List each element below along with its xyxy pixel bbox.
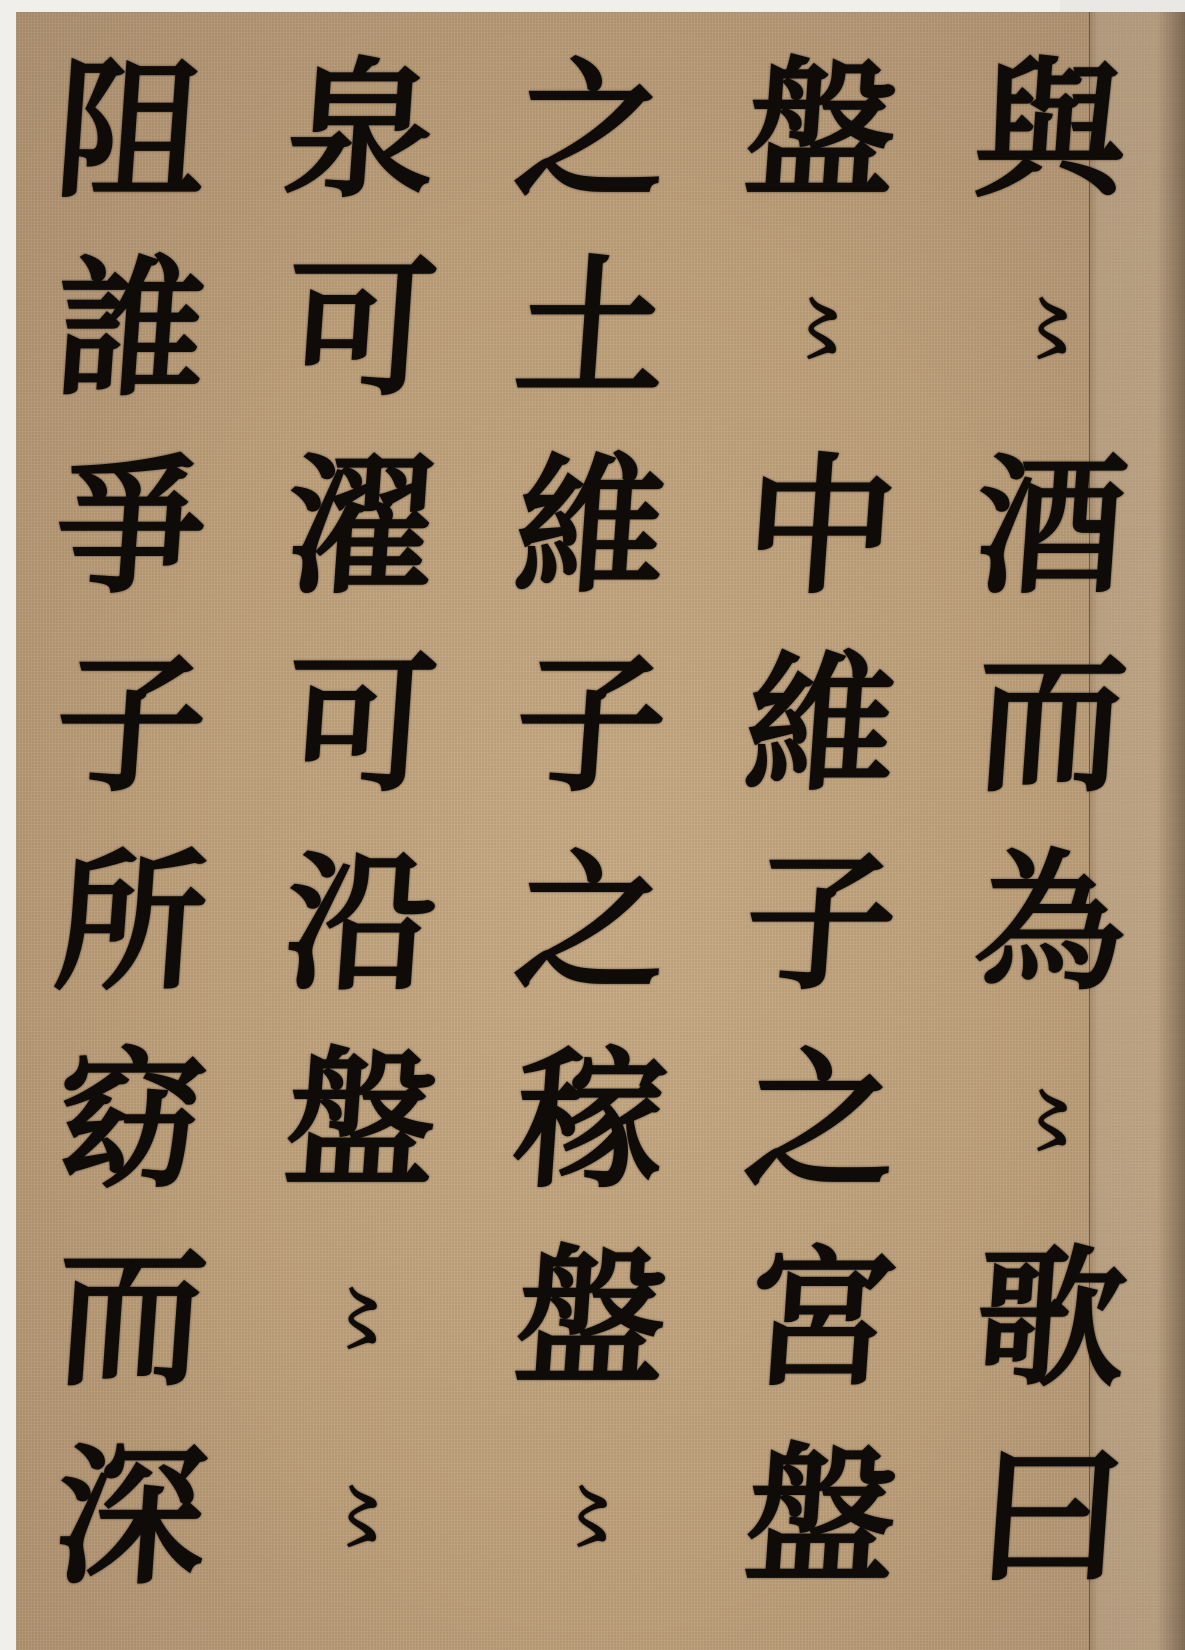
glyph: 維 — [509, 428, 673, 626]
glyph: 之 — [509, 32, 673, 230]
glyph: 窈 — [49, 1022, 213, 1220]
calligraphy-scroll: 與 〻 酒 而 為 〻 歌 曰 盤 〻 中 維 子 之 宮 盤 之 土 維 子 … — [16, 12, 1185, 1650]
glyph: 酒 — [969, 428, 1133, 626]
glyph: 為 — [969, 824, 1133, 1022]
glyph: 中 — [739, 428, 903, 626]
calligraphy-column-5: 阻 誰 爭 子 所 窈 而 深 — [56, 32, 206, 1616]
glyph-repeat-mark: 〻 — [1009, 230, 1093, 428]
glyph-repeat-mark: 〻 — [779, 230, 863, 428]
glyph: 之 — [739, 1022, 903, 1220]
glyph: 子 — [49, 626, 213, 824]
calligraphy-column-4: 泉 可 濯 可 沿 盤 〻 〻 — [286, 32, 436, 1616]
glyph: 宮 — [739, 1220, 903, 1418]
glyph: 深 — [49, 1418, 213, 1616]
glyph: 誰 — [49, 230, 213, 428]
glyph: 維 — [739, 626, 903, 824]
glyph: 沿 — [279, 824, 443, 1022]
glyph: 子 — [509, 626, 673, 824]
glyph-repeat-mark: 〻 — [549, 1418, 633, 1616]
glyph: 而 — [49, 1220, 213, 1418]
glyph: 歌 — [969, 1220, 1133, 1418]
glyph: 濯 — [279, 428, 443, 626]
glyph: 可 — [279, 626, 443, 824]
glyph: 子 — [739, 824, 903, 1022]
glyph-repeat-mark: 〻 — [1009, 1022, 1093, 1220]
glyph-repeat-mark: 〻 — [319, 1418, 403, 1616]
glyph: 與 — [969, 32, 1133, 230]
glyph: 盤 — [739, 1418, 903, 1616]
glyph: 阻 — [49, 32, 213, 230]
glyph: 盤 — [739, 32, 903, 230]
glyph-repeat-mark: 〻 — [319, 1220, 403, 1418]
calligraphy-column-2: 盤 〻 中 維 子 之 宮 盤 — [746, 32, 896, 1616]
glyph: 所 — [49, 824, 213, 1022]
glyph: 曰 — [969, 1418, 1133, 1616]
glyph: 之 — [509, 824, 673, 1022]
glyph: 稼 — [509, 1022, 673, 1220]
calligraphy-column-3: 之 土 維 子 之 稼 盤 〻 — [516, 32, 666, 1616]
calligraphy-column-1: 與 〻 酒 而 為 〻 歌 曰 — [976, 32, 1126, 1616]
glyph: 爭 — [49, 428, 213, 626]
glyph: 土 — [509, 230, 673, 428]
scan-top-margin — [1060, 0, 1185, 12]
glyph: 盤 — [509, 1220, 673, 1418]
glyph: 可 — [279, 230, 443, 428]
glyph: 而 — [969, 626, 1133, 824]
glyph: 泉 — [279, 32, 443, 230]
glyph: 盤 — [279, 1022, 443, 1220]
